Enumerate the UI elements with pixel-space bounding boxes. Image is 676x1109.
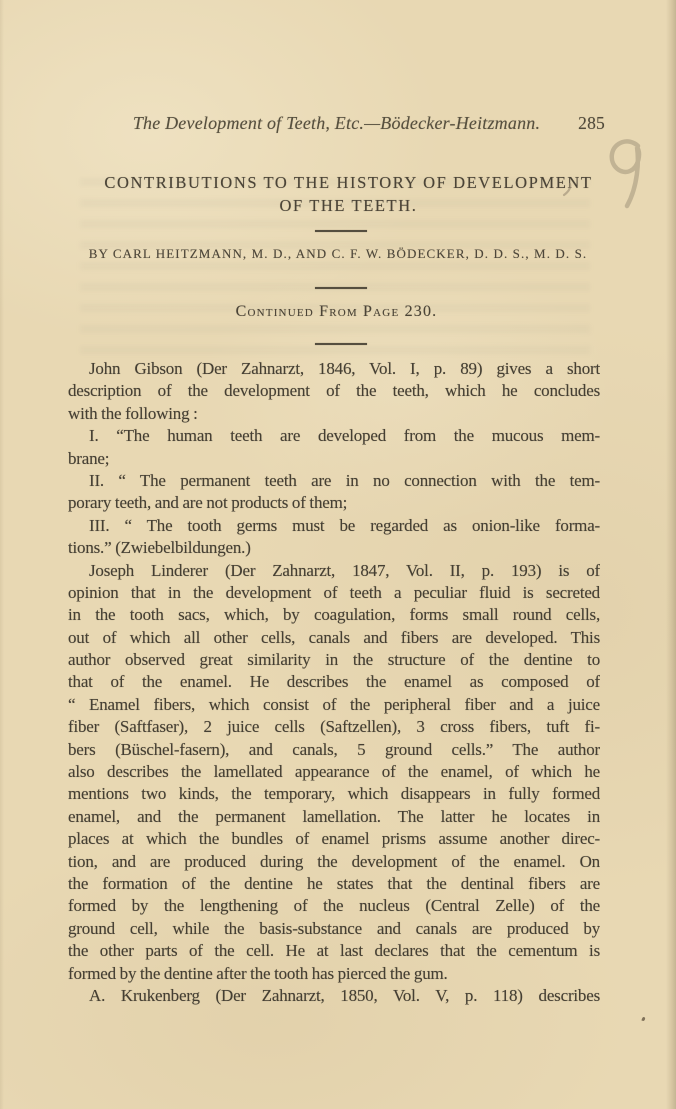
scanned-page: The Development of Teeth, Etc.—Bödecker-… xyxy=(0,0,676,1109)
body-line: A. Krukenberg (Der Zahnarzt, 1850, Vol. … xyxy=(68,985,600,1007)
body-line: description of the development of the te… xyxy=(68,380,600,402)
body-line: opinion that in the development of teeth… xyxy=(68,582,600,604)
body-line: out of which all other cells, canals and… xyxy=(68,627,600,649)
body-line: ground cell, while the basis-substance a… xyxy=(68,918,600,940)
body-line: I. “The human teeth are developed from t… xyxy=(68,425,600,447)
body-line: the other parts of the cell. He at last … xyxy=(68,940,600,962)
body-line: enamel, and the permanent lamellation. T… xyxy=(68,806,600,828)
body-line: also describes the lamellated appearance… xyxy=(68,761,600,783)
page-edge-shadow-left xyxy=(0,0,4,1109)
body-line: tion, and are produced during the develo… xyxy=(68,851,600,873)
separator-rule-2 xyxy=(315,287,367,289)
page-number: 285 xyxy=(578,113,605,134)
body-line: brane; xyxy=(68,448,600,470)
page-edge-shadow-right xyxy=(666,0,676,1109)
body-line: formed by the dentine after the tooth ha… xyxy=(68,963,600,985)
body-line: bers (Büschel-fasern), and canals, 5 gro… xyxy=(68,739,600,761)
body-line: mentions two kinds, the temporary, which… xyxy=(68,783,600,805)
body-line: “ Enamel fibers, which consist of the pe… xyxy=(68,694,600,716)
body-line: II. “ The permanent teeth are in no conn… xyxy=(68,470,600,492)
pencil-mark-9-icon xyxy=(608,138,646,210)
body-line: porary teeth, and are not products of th… xyxy=(68,492,600,514)
byline: BY CARL HEITZMANN, M. D., AND C. F. W. B… xyxy=(40,246,636,262)
continuation-note: Continued From Page 230. xyxy=(68,303,605,321)
title-line-1: CONTRIBUTIONS TO THE HISTORY OF DEVELOPM… xyxy=(80,172,617,195)
article-body: John Gibson (Der Zahnarzt, 1846, Vol. I,… xyxy=(68,358,600,1007)
body-line: fiber (Saftfaser), 2 juice cells (Saftze… xyxy=(68,716,600,738)
article-title: CONTRIBUTIONS TO THE HISTORY OF DEVELOPM… xyxy=(80,172,617,217)
body-line: the formation of the dentine he states t… xyxy=(68,873,600,895)
body-line: with the following : xyxy=(68,403,600,425)
separator-rule-3 xyxy=(315,343,367,345)
body-line: in the tooth sacs, which, by coagulation… xyxy=(68,604,600,626)
title-line-2: OF THE TEETH. xyxy=(80,195,617,218)
body-line: III. “ The tooth germs must be regarded … xyxy=(68,515,600,537)
body-line: tions.” (Zwiebelbildungen.) xyxy=(68,537,600,559)
body-line: that of the enamel. He describes the ena… xyxy=(68,671,600,693)
pencil-comma-mark-icon xyxy=(562,182,573,197)
running-head-title: The Development of Teeth, Etc.—Bödecker-… xyxy=(133,113,540,133)
body-line: Joseph Linderer (Der Zahnarzt, 1847, Vol… xyxy=(68,560,600,582)
body-line: formed by the lengthening of the nucleus… xyxy=(68,895,600,917)
body-line: places at which the bundles of enamel pr… xyxy=(68,828,600,850)
ink-speck xyxy=(641,1017,645,1022)
separator-rule-1 xyxy=(315,230,367,232)
body-line: John Gibson (Der Zahnarzt, 1846, Vol. I,… xyxy=(68,358,600,380)
body-line: author observed great similarity in the … xyxy=(68,649,600,671)
running-head: The Development of Teeth, Etc.—Bödecker-… xyxy=(68,113,605,137)
